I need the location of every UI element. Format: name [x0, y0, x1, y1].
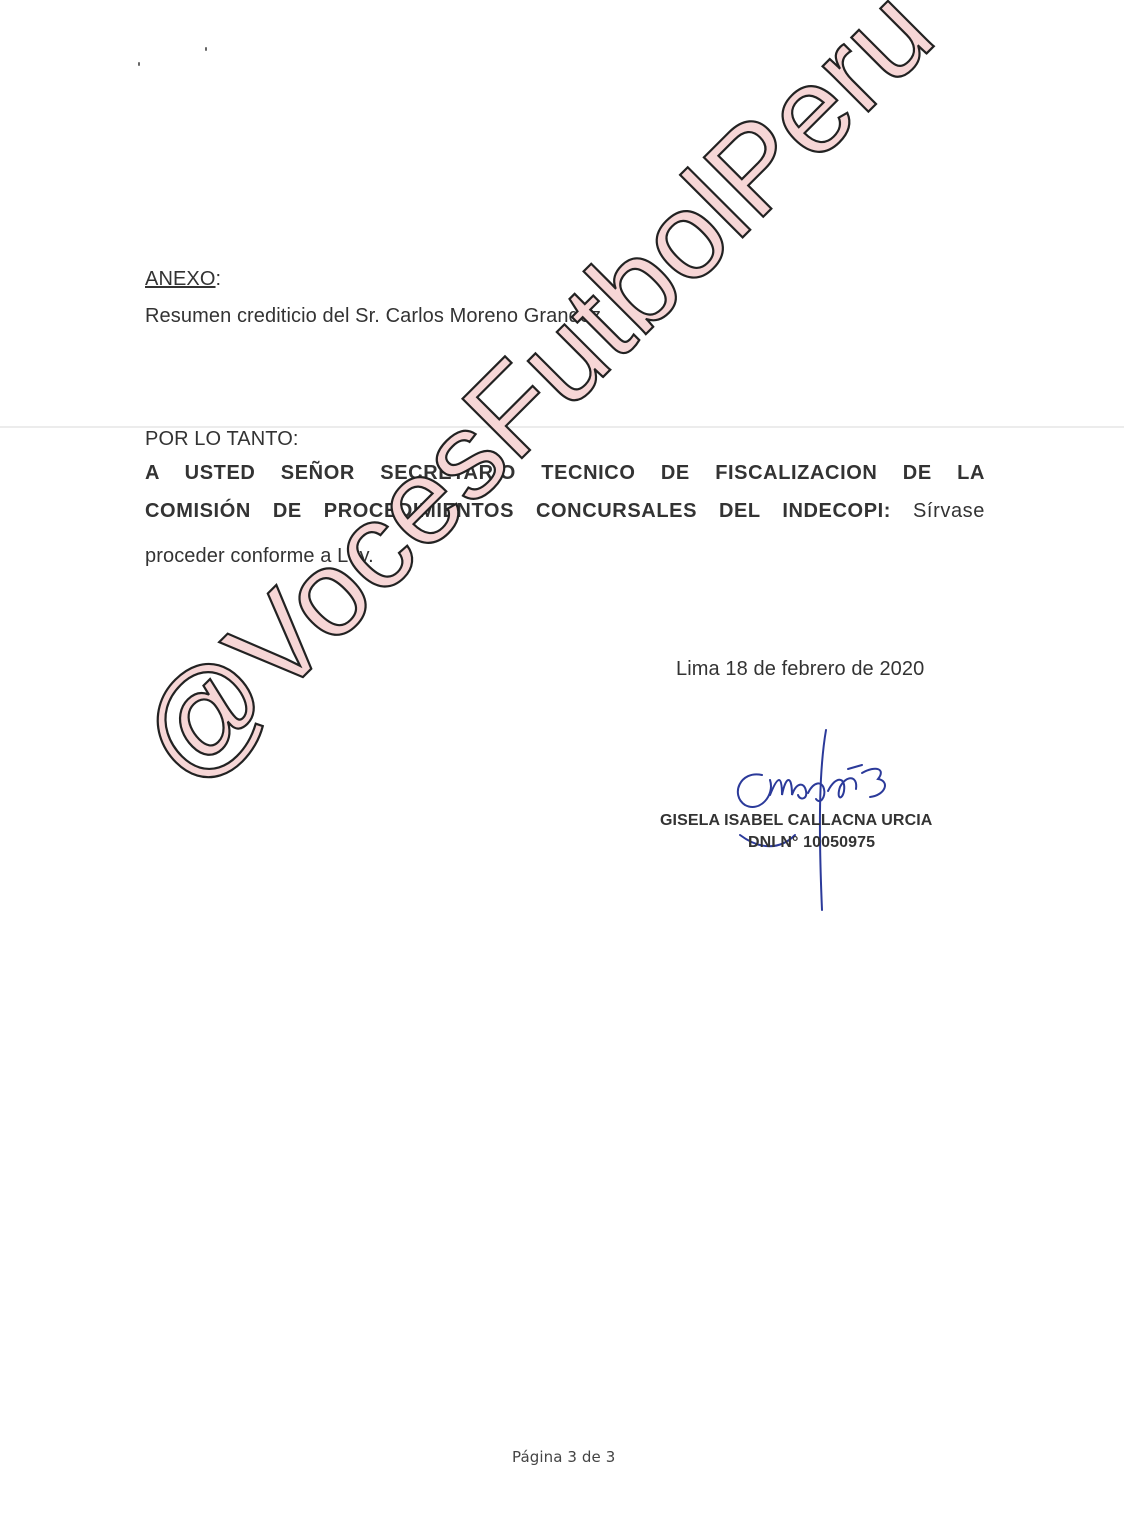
- annex-item: Resumen crediticio del Sr. Carlos Moreno…: [145, 305, 601, 328]
- watermark-text: @VocesFutbolPeru: [112, 0, 958, 808]
- watermark: @VocesFutbolPeru: [0, 0, 1124, 1536]
- closing-line-3: proceder conforme a Ley.: [145, 545, 374, 568]
- signer-id-number: DNI N° 10050975: [748, 834, 875, 852]
- closing-line-2-bold: COMISIÓN DE PROCEDIMIENTOS CONCURSALES D…: [145, 500, 891, 522]
- annex-heading-text: ANEXO: [145, 268, 216, 290]
- scan-speck: [205, 47, 207, 51]
- place-and-date: Lima 18 de febrero de 2020: [676, 658, 924, 681]
- closing-line-2-normal: Sírvase: [891, 500, 985, 522]
- closing-line-2: COMISIÓN DE PROCEDIMIENTOS CONCURSALES D…: [145, 500, 985, 523]
- annex-heading-colon: :: [216, 268, 222, 290]
- page-number: Página 3 de 3: [512, 1448, 615, 1466]
- signer-name: GISELA ISABEL CALLACNA URCIA: [660, 812, 932, 830]
- closing-heading: POR LO TANTO:: [145, 428, 299, 451]
- closing-line-1: A USTED SEÑOR SECRETARIO TECNICO DE FISC…: [145, 462, 985, 485]
- document-page: ANEXO: Resumen crediticio del Sr. Carlos…: [0, 0, 1124, 1536]
- annex-heading: ANEXO:: [145, 268, 221, 291]
- scan-speck: [138, 62, 140, 66]
